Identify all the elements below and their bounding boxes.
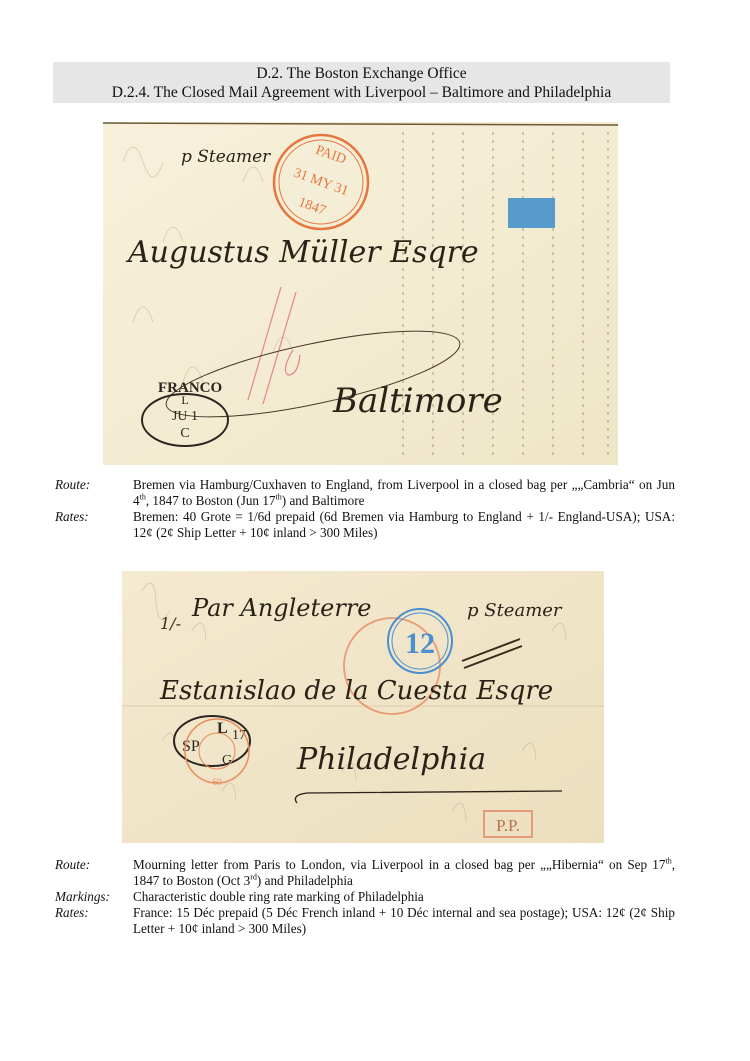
page-header: D.2. The Boston Exchange Office D.2.4. T…: [53, 62, 670, 103]
rates-row: Rates: Bremen: 40 Grote = 1/6d prepaid (…: [55, 509, 675, 541]
cover-image-baltimore: p Steamer PAID 31 MY 31 1847 Augustus Mü…: [103, 122, 618, 465]
addressee: Estanislao de la Cuesta Esqre: [159, 676, 553, 706]
destination: Philadelphia: [296, 742, 486, 777]
rates-text: Bremen: 40 Grote = 1/6d prepaid (6d Brem…: [133, 509, 675, 541]
routing-note: p Steamer: [181, 147, 271, 167]
route-text: Mourning letter from Paris to London, vi…: [133, 857, 675, 889]
section-title: D.2. The Boston Exchange Office: [53, 64, 670, 83]
destination: Baltimore: [332, 381, 503, 421]
svg-text:L: L: [217, 720, 228, 737]
routing-note: Par Angleterre: [191, 594, 372, 622]
route-row: Route: Bremen via Hamburg/Cuxhaven to En…: [55, 477, 675, 509]
rates-label: Rates:: [55, 905, 133, 937]
svg-text:60: 60: [213, 777, 223, 787]
svg-text:12: 12: [405, 627, 435, 660]
route-label: Route:: [55, 477, 133, 509]
svg-text:P.P.: P.P.: [496, 816, 520, 835]
svg-text:L: L: [181, 393, 188, 407]
route-text: Bremen via Hamburg/Cuxhaven to England, …: [133, 477, 675, 509]
svg-text:17: 17: [232, 728, 246, 743]
markings-row: Markings: Characteristic double ring rat…: [55, 889, 675, 905]
rates-text: France: 15 Déc prepaid (5 Déc French inl…: [133, 905, 675, 937]
route-label: Route:: [55, 857, 133, 889]
cover-2-description: Route: Mourning letter from Paris to Lon…: [55, 857, 675, 937]
cover-1-description: Route: Bremen via Hamburg/Cuxhaven to En…: [55, 477, 675, 541]
steamer-note: p Steamer: [467, 600, 563, 621]
rates-row: Rates: France: 15 Déc prepaid (5 Déc Fre…: [55, 905, 675, 937]
markings-text: Characteristic double ring rate marking …: [133, 889, 675, 905]
svg-text:C: C: [180, 426, 189, 441]
markings-label: Markings:: [55, 889, 133, 905]
route-row: Route: Mourning letter from Paris to Lon…: [55, 857, 675, 889]
svg-text:JU 1: JU 1: [172, 409, 198, 424]
manuscript-rate: 1/-: [160, 614, 181, 633]
svg-text:FRANCO: FRANCO: [158, 380, 222, 396]
addressee: Augustus Müller Esqre: [125, 235, 479, 270]
subsection-title: D.2.4. The Closed Mail Agreement with Li…: [53, 83, 670, 102]
rates-label: Rates:: [55, 509, 133, 541]
cover-image-philadelphia: 1/- Par Angleterre p Steamer 12 Estanisl…: [122, 571, 604, 843]
blue-rate-handstamp: [508, 198, 555, 228]
